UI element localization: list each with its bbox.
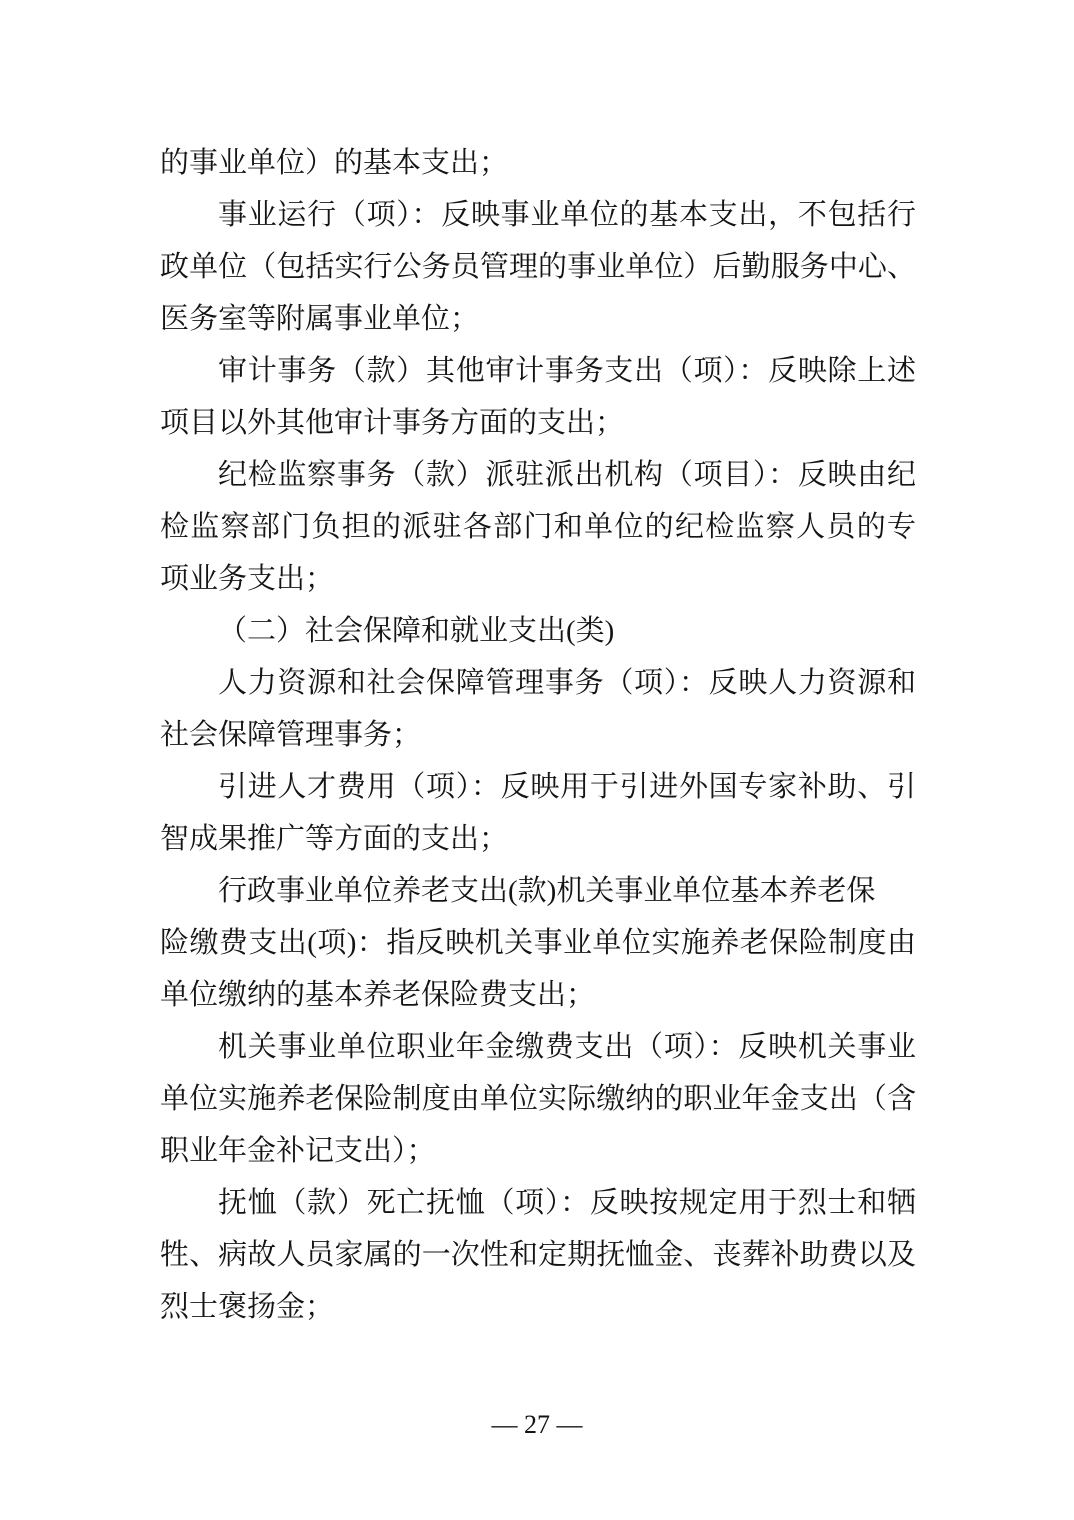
text-line: 单位实施养老保险制度由单位实际缴纳的职业年金支出（含 <box>160 1073 916 1125</box>
text-line: 检监察部门负担的派驻各部门和单位的纪检监察人员的专 <box>160 501 916 553</box>
text-line: 社会保障管理事务； <box>160 709 916 761</box>
document-page: 的事业单位）的基本支出；事业运行（项）：反映事业单位的基本支出，不包括行政单位（… <box>0 0 1074 1520</box>
text-line: 机关事业单位职业年金缴费支出（项）：反映机关事业 <box>160 1021 916 1073</box>
text-line: 烈士褒扬金； <box>160 1281 916 1333</box>
text-line: 智成果推广等方面的支出； <box>160 813 916 865</box>
text-line: 人力资源和社会保障管理事务（项）：反映人力资源和 <box>160 657 916 709</box>
text-line: 职业年金补记支出）； <box>160 1125 916 1177</box>
text-line: 行政事业单位养老支出(款)机关事业单位基本养老保 <box>160 865 916 917</box>
text-line: 医务室等附属事业单位； <box>160 293 916 345</box>
text-line: 纪检监察事务（款）派驻派出机构（项目）：反映由纪 <box>160 449 916 501</box>
page-footer: — 27 — <box>0 1405 1074 1445</box>
document-body: 的事业单位）的基本支出；事业运行（项）：反映事业单位的基本支出，不包括行政单位（… <box>160 137 916 1333</box>
text-line: 事业运行（项）：反映事业单位的基本支出，不包括行 <box>160 189 916 241</box>
text-line: 项业务支出； <box>160 553 916 605</box>
text-line: （二）社会保障和就业支出(类) <box>160 605 916 657</box>
text-line: 引进人才费用（项）：反映用于引进外国专家补助、引 <box>160 761 916 813</box>
text-line: 单位缴纳的基本养老保险费支出； <box>160 969 916 1021</box>
page-number: — 27 — <box>492 1410 583 1439</box>
text-line: 险缴费支出(项)：指反映机关事业单位实施养老保险制度由 <box>160 917 916 969</box>
text-line: 的事业单位）的基本支出； <box>160 137 916 189</box>
text-line: 项目以外其他审计事务方面的支出； <box>160 397 916 449</box>
text-line: 政单位（包括实行公务员管理的事业单位）后勤服务中心、 <box>160 241 916 293</box>
text-line: 牲、病故人员家属的一次性和定期抚恤金、丧葬补助费以及 <box>160 1229 916 1281</box>
text-line: 抚恤（款）死亡抚恤（项）：反映按规定用于烈士和牺 <box>160 1177 916 1229</box>
text-line: 审计事务（款）其他审计事务支出（项）：反映除上述 <box>160 345 916 397</box>
